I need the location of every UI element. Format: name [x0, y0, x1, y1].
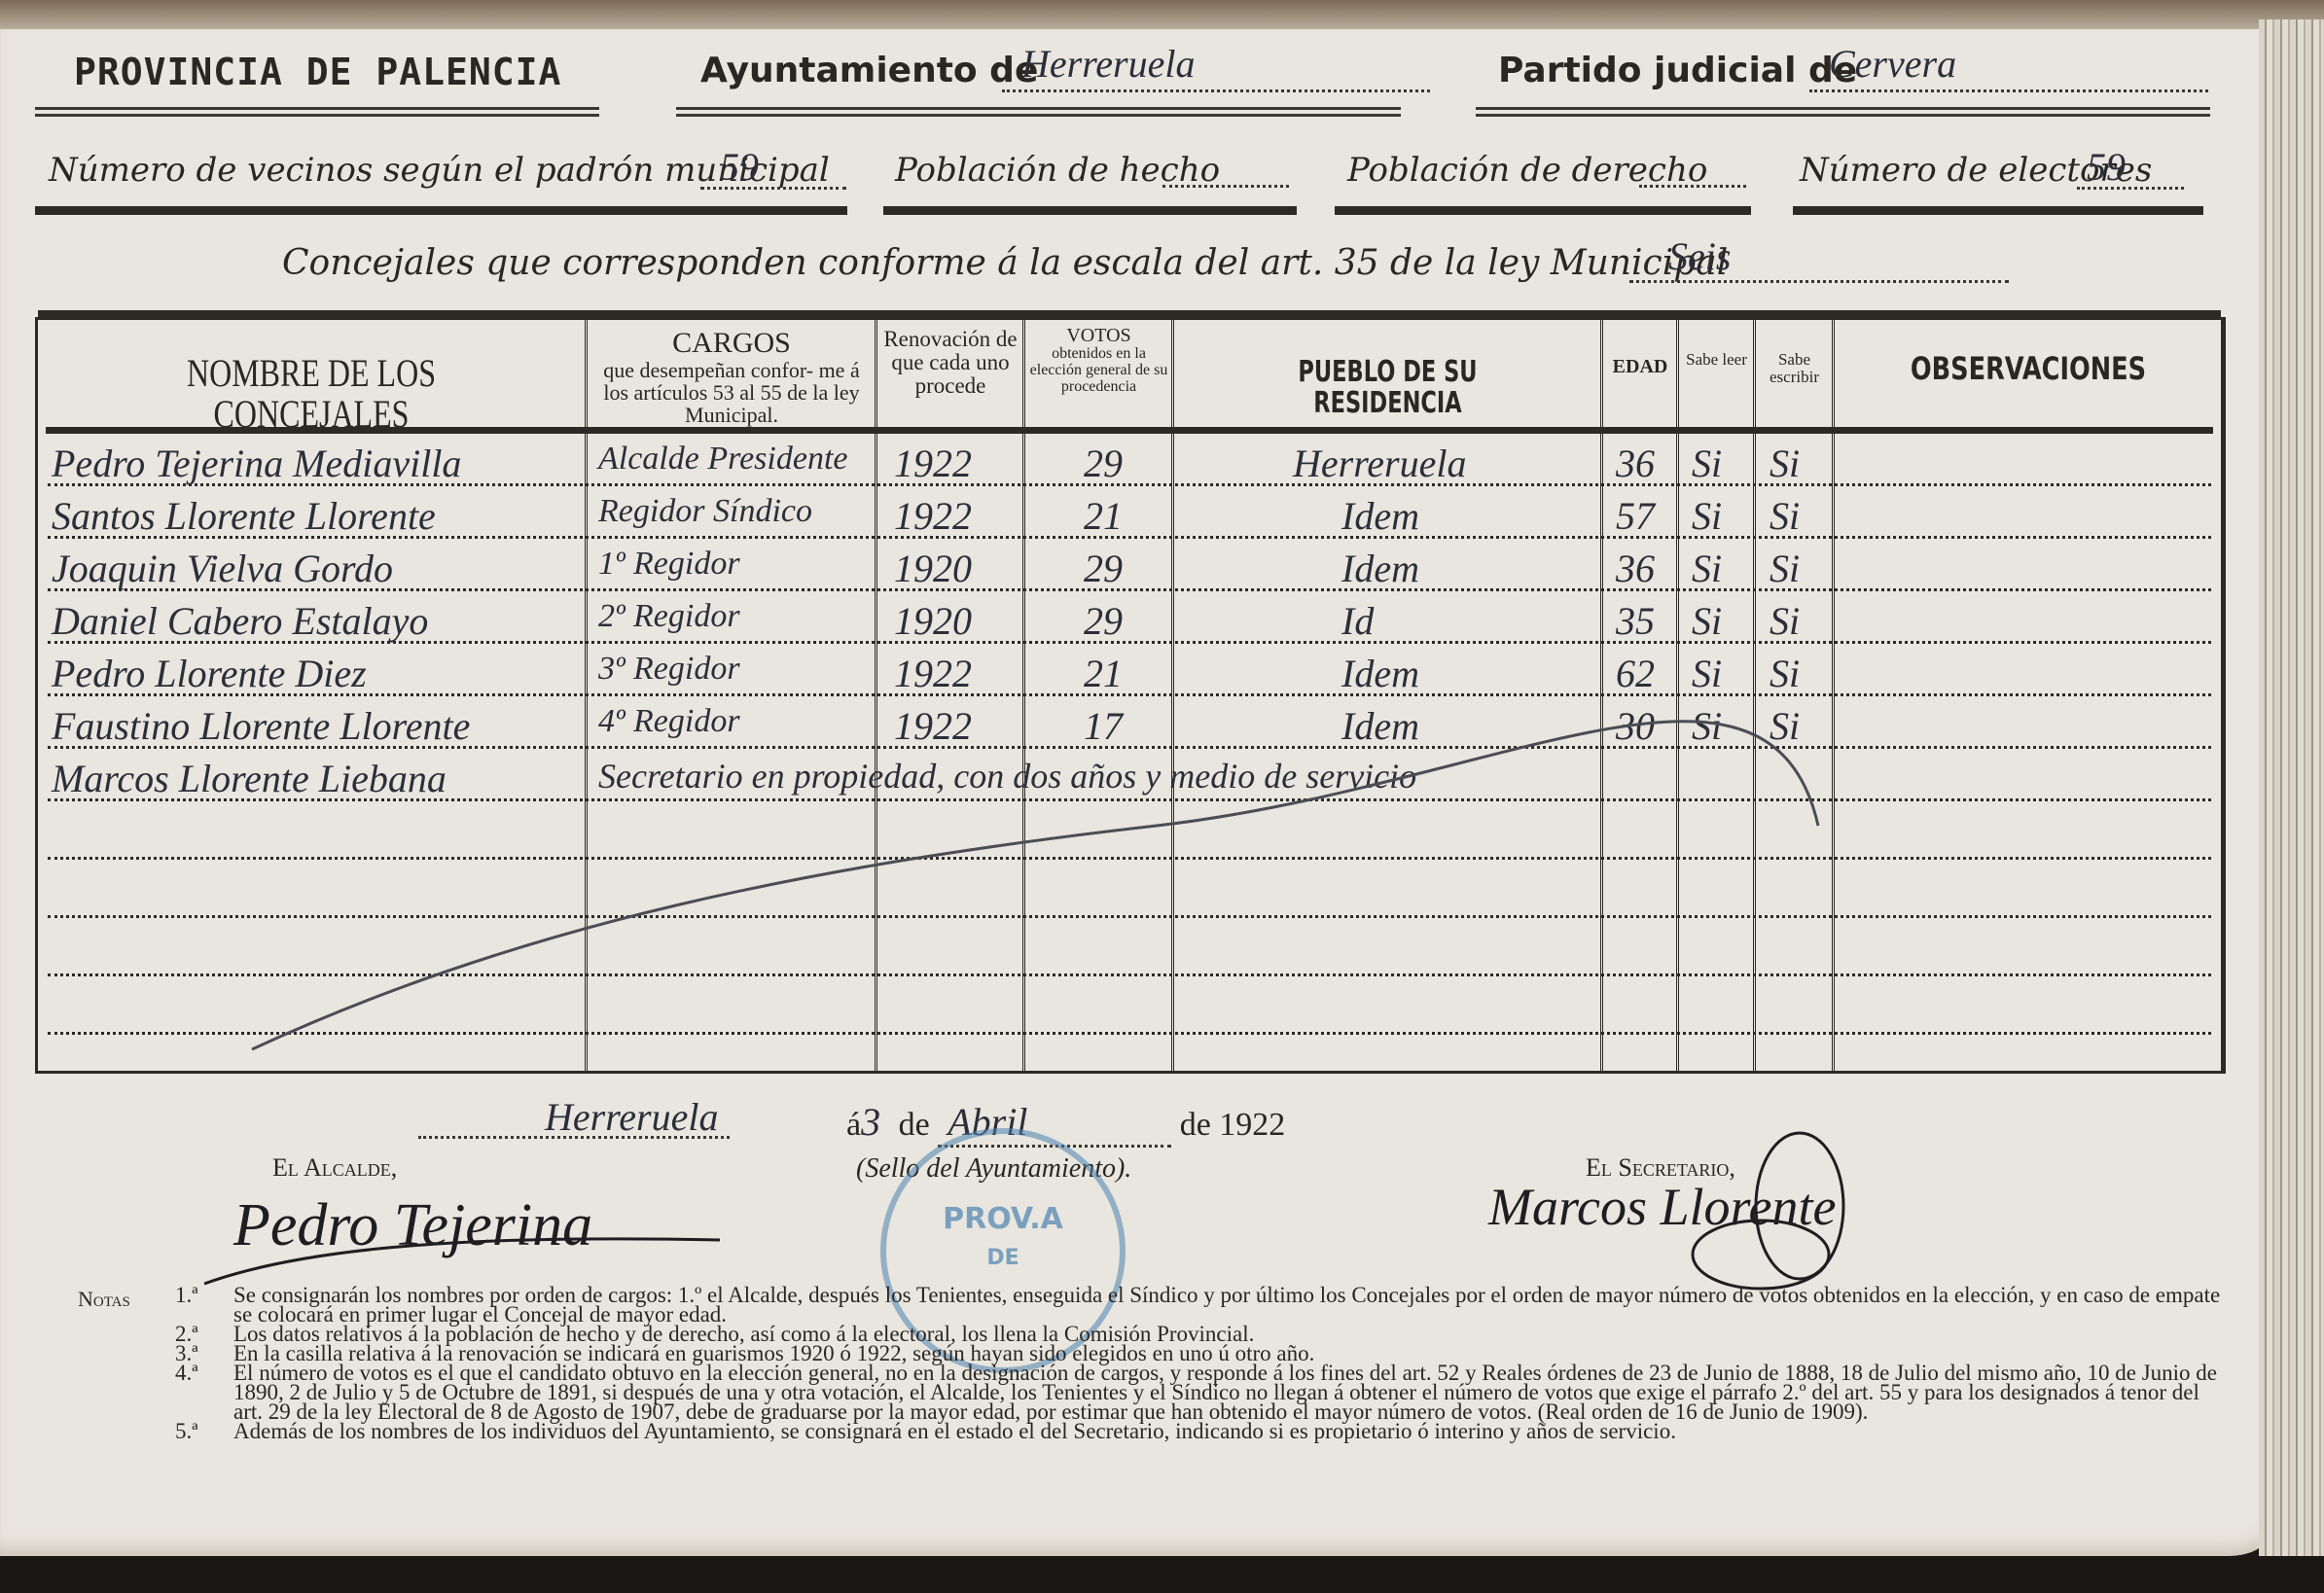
- alcalde-label: El Alcalde,: [272, 1153, 397, 1183]
- date-day: 3: [861, 1100, 880, 1144]
- derecho-field: [1639, 144, 1746, 188]
- place-value: Herreruela: [545, 1095, 718, 1139]
- note-item: 5.ªAdemás de los nombres de los individu…: [175, 1422, 2228, 1441]
- ayuntamiento-label: Ayuntamiento de: [700, 51, 1038, 90]
- date-de: de: [1180, 1107, 1211, 1143]
- place-field: Herreruela: [418, 1094, 730, 1139]
- vecinos-value: 59: [720, 145, 759, 189]
- notes-list: 1.ªSe consignarán los nombres por orden …: [175, 1286, 2228, 1441]
- concejales-table: NOMBRE DE LOS CONCEJALES CARGOS que dese…: [35, 317, 2226, 1074]
- concejales-field: Seis: [1629, 233, 2009, 283]
- partido-value: Cervera: [1829, 42, 1956, 86]
- divider: [883, 206, 1297, 215]
- partido-field: Cervera: [1809, 41, 2208, 92]
- date-line: á3 de Abril de 1922: [846, 1099, 1285, 1148]
- book-page-stack: [2259, 19, 2324, 1556]
- note-text: El número de votos es el que el candidat…: [233, 1363, 2228, 1422]
- divider: [676, 107, 1401, 117]
- note-item: 4.ªEl número de votos es el que el candi…: [175, 1363, 2228, 1422]
- note-text: Además de los nombres de los individuos …: [233, 1422, 1676, 1441]
- ayuntamiento-field: Herreruela: [1002, 41, 1430, 92]
- divider: [1793, 206, 2203, 215]
- note-item: 1.ªSe consignarán los nombres por orden …: [175, 1286, 2228, 1325]
- hecho-field: [1162, 144, 1289, 188]
- seal-text: DE: [886, 1246, 1120, 1270]
- book-top-edge: [0, 0, 2324, 29]
- table-top-rule: [38, 310, 2221, 317]
- note-num: 5.ª: [175, 1422, 233, 1441]
- notes-title: Notas: [78, 1290, 130, 1309]
- seal-text: PROV.A: [886, 1202, 1120, 1236]
- electores-field: 59: [2077, 144, 2184, 190]
- cancel-stroke: [38, 320, 2221, 1071]
- partido-label: Partido judicial de: [1498, 51, 1857, 90]
- province-title: PROVINCIA DE PALENCIA: [74, 51, 561, 93]
- divider: [35, 107, 599, 117]
- concejales-label: Concejales que corresponden conforme á l…: [282, 243, 1728, 283]
- divider: [35, 206, 847, 215]
- ayuntamiento-value: Herreruela: [1021, 42, 1195, 86]
- concejales-value: Seis: [1668, 234, 1731, 278]
- divider: [1476, 107, 2210, 117]
- date-year: 1922: [1219, 1107, 1285, 1143]
- note-num: 1.ª: [175, 1286, 233, 1325]
- note-num: 4.ª: [175, 1363, 233, 1422]
- divider: [1335, 206, 1751, 215]
- electores-value: 59: [2087, 145, 2126, 189]
- date-de: de: [899, 1107, 930, 1143]
- note-text: Se consignarán los nombres por orden de …: [233, 1286, 2228, 1325]
- vecinos-field: 59: [700, 144, 846, 190]
- date-a: á: [846, 1107, 861, 1143]
